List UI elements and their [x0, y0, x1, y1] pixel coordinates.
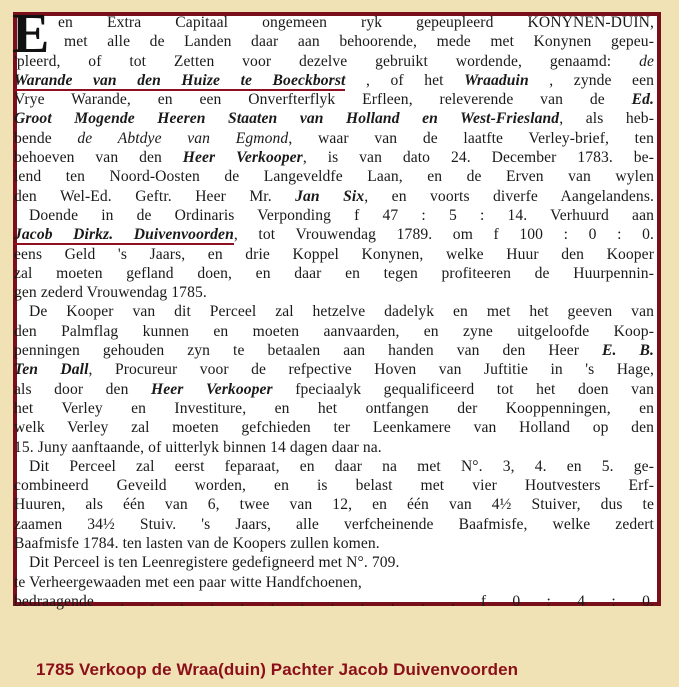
text-line: lend ten Noord-Oosten de Langeveldfe Laa… [14, 167, 654, 186]
text-line: 15. Juny aanftaande, of uitterlyk binnen… [14, 438, 654, 457]
text-line: Huuren, als één van 6, twee van 12, en é… [14, 495, 654, 514]
paragraph-2: Doende in de Ordinaris Verponding f 47 :… [14, 206, 654, 302]
text-line: Warande van den Huize te Boeckborst , of… [14, 71, 654, 90]
underlined-tenant-name: Jacob Dirkz. Duivenvoorden [14, 226, 234, 245]
paragraph-1: E en Extra Capitaal ongemeen ryk gepeupl… [14, 13, 654, 206]
text-line: gen zederd Vrouwendag 1785. [14, 283, 654, 302]
text-line: Jacob Dirkz. Duivenvoorden, tot Vrouwend… [14, 225, 654, 244]
paragraph-5: Dit Perceel is ten Leenregistere gedefig… [14, 553, 654, 611]
text-line: den Palmflag kunnen en moeten aanvaarden… [14, 322, 654, 341]
text-line: Groot Mogende Heeren Staaten van Holland… [14, 109, 654, 128]
text-line: bende de Abtdye van Egmond, waar van de … [14, 129, 654, 148]
text-line: zaamen 34½ Stuiv. 's Jaars, alle verfche… [14, 515, 654, 534]
text-line: bedraagende . . . . . . . . . . . . f 0 … [14, 592, 654, 611]
text-line: combineerd Geveild worden, en is belast … [14, 476, 654, 495]
text-line: penningen gehouden zyn te betaalen aan h… [14, 341, 654, 360]
scanned-document-text: E en Extra Capitaal ongemeen ryk gepeupl… [14, 13, 654, 611]
text-line: Ten Dall, Procureur voor de refpective H… [14, 360, 654, 379]
text-line: eens Geld 's Jaars, en drie Koppel Konyn… [14, 245, 654, 264]
underlined-estate-name: Warande van den Huize te Boeckborst [14, 72, 345, 91]
amount: f 0 : 4 : 0. [481, 593, 654, 610]
text-line: welk Verley zal moeten gefchieden ter Le… [14, 418, 654, 437]
text-line: en Extra Capitaal ongemeen ryk gepeuplee… [14, 13, 654, 32]
leader-dots: . . . . . . . . . . . . [94, 593, 481, 610]
text-line: Dit Perceel is ten Leenregistere gedefig… [14, 553, 654, 572]
text-line: als door den Heer Verkooper fpeciaalyk g… [14, 380, 654, 399]
paragraph-3: De Kooper van dit Perceel zal hetzelve d… [14, 302, 654, 456]
text-line: 'pleerd, of tot Zetten voor dezelve gebr… [14, 52, 654, 71]
text-line: behoeven van den Heer Verkooper, is van … [14, 148, 654, 167]
text-line: den Wel-Ed. Geftr. Heer Mr. Jan Six, en … [14, 187, 654, 206]
text-line: De Kooper van dit Perceel zal hetzelve d… [14, 302, 654, 321]
text-line: met alle de Landen daar aan behoorende, … [14, 32, 654, 51]
paragraph-4: Dit Perceel zal eerst feparaat, en daar … [14, 457, 654, 553]
image-caption: 1785 Verkoop de Wraa(duin) Pachter Jacob… [36, 660, 518, 680]
text-line: Dit Perceel zal eerst feparaat, en daar … [14, 457, 654, 476]
drop-cap-letter: E [12, 10, 49, 58]
text-line: Vrye Warande, en een Onverfterflyk Erfle… [14, 90, 654, 109]
text-line: te Verheergewaaden met een paar witte Ha… [14, 573, 654, 592]
text-line: het Verley en Investiture, en het ontfan… [14, 399, 654, 418]
text-line: Baafmisfe 1784. ten lasten van de Kooper… [14, 534, 654, 553]
text-line: zal moeten gefland doen, en daar en tege… [14, 264, 654, 283]
text-line: Doende in de Ordinaris Verponding f 47 :… [14, 206, 654, 225]
